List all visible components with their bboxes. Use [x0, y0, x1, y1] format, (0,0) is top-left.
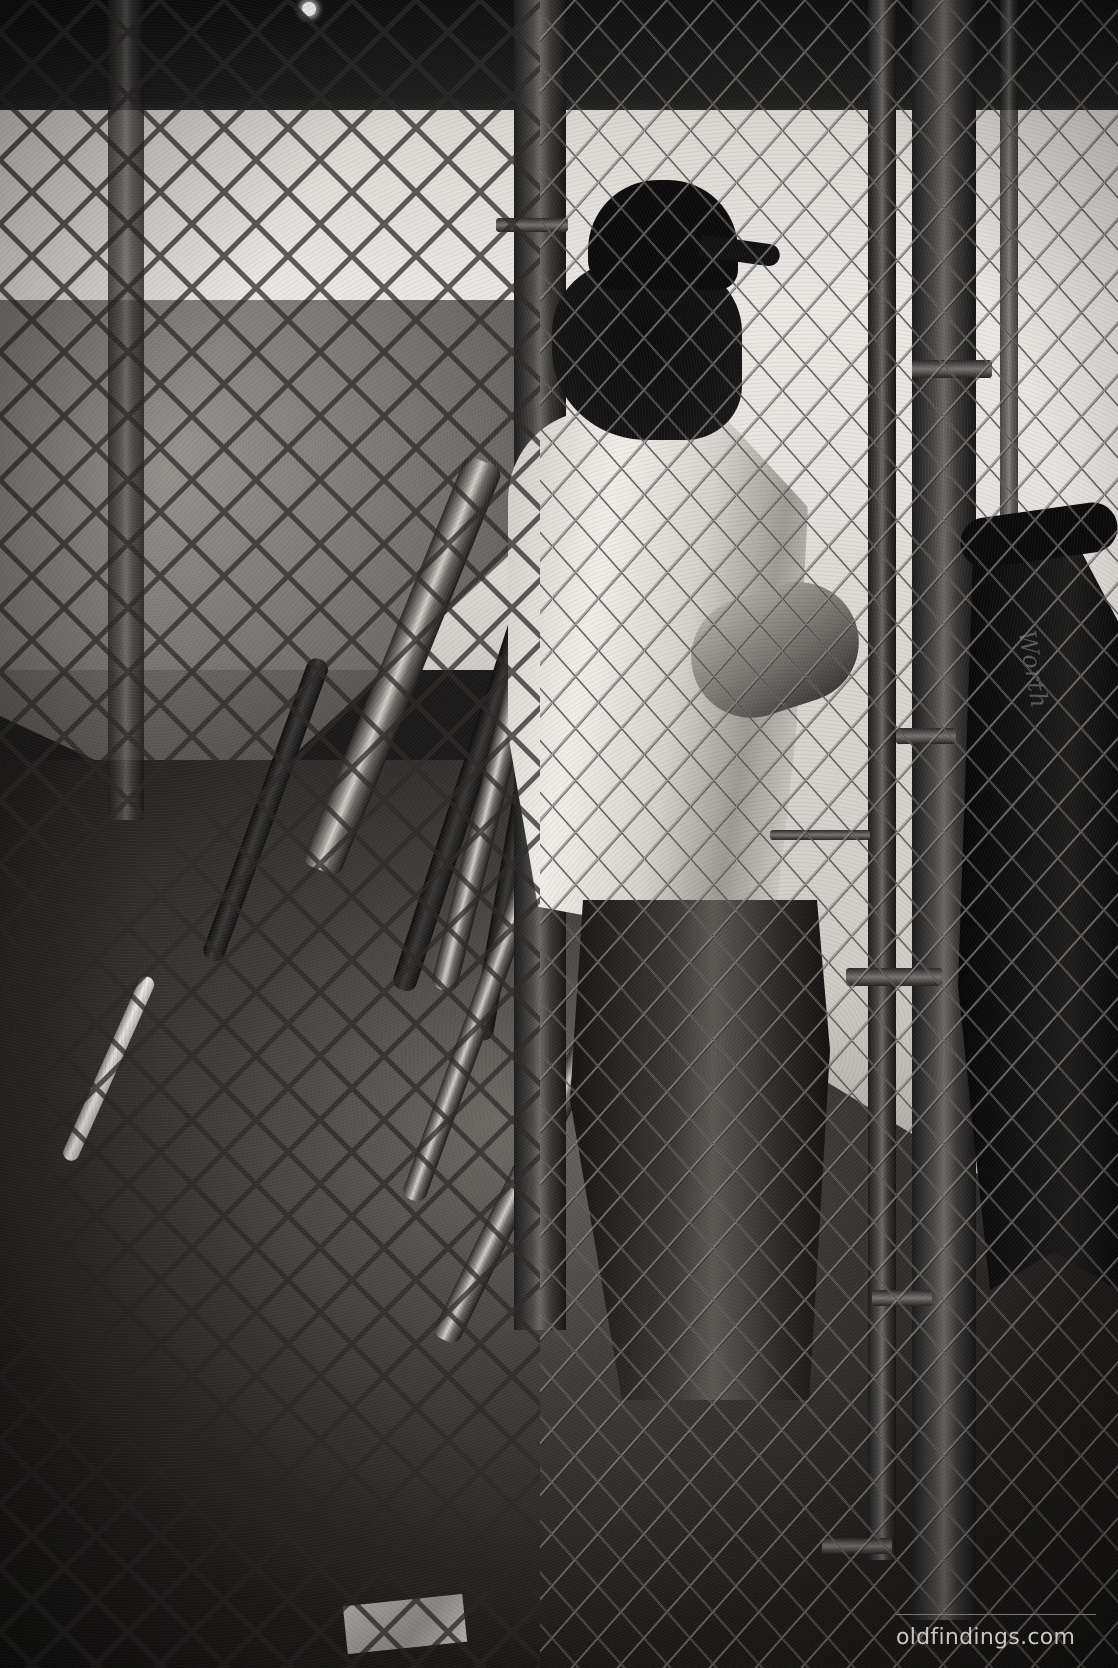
fence-clamp [496, 218, 568, 232]
fence-post [1000, 0, 1018, 560]
fence-clamp [912, 360, 992, 378]
watermark-text: oldfindings.com [896, 1625, 1096, 1650]
fence-clamp [896, 728, 956, 744]
gate-post [868, 0, 896, 1560]
fence-clamp [846, 968, 942, 986]
photograph: Worth oldfindings.com [0, 0, 1118, 1668]
fence-post [108, 0, 144, 820]
watermark: oldfindings.com [896, 1614, 1096, 1650]
light-flare [302, 2, 316, 16]
fence-clamp [872, 1290, 932, 1306]
pants [570, 900, 830, 1400]
watermark-rule [896, 1614, 1096, 1615]
fence-clamp [822, 1538, 892, 1554]
gate-latch [770, 830, 870, 840]
